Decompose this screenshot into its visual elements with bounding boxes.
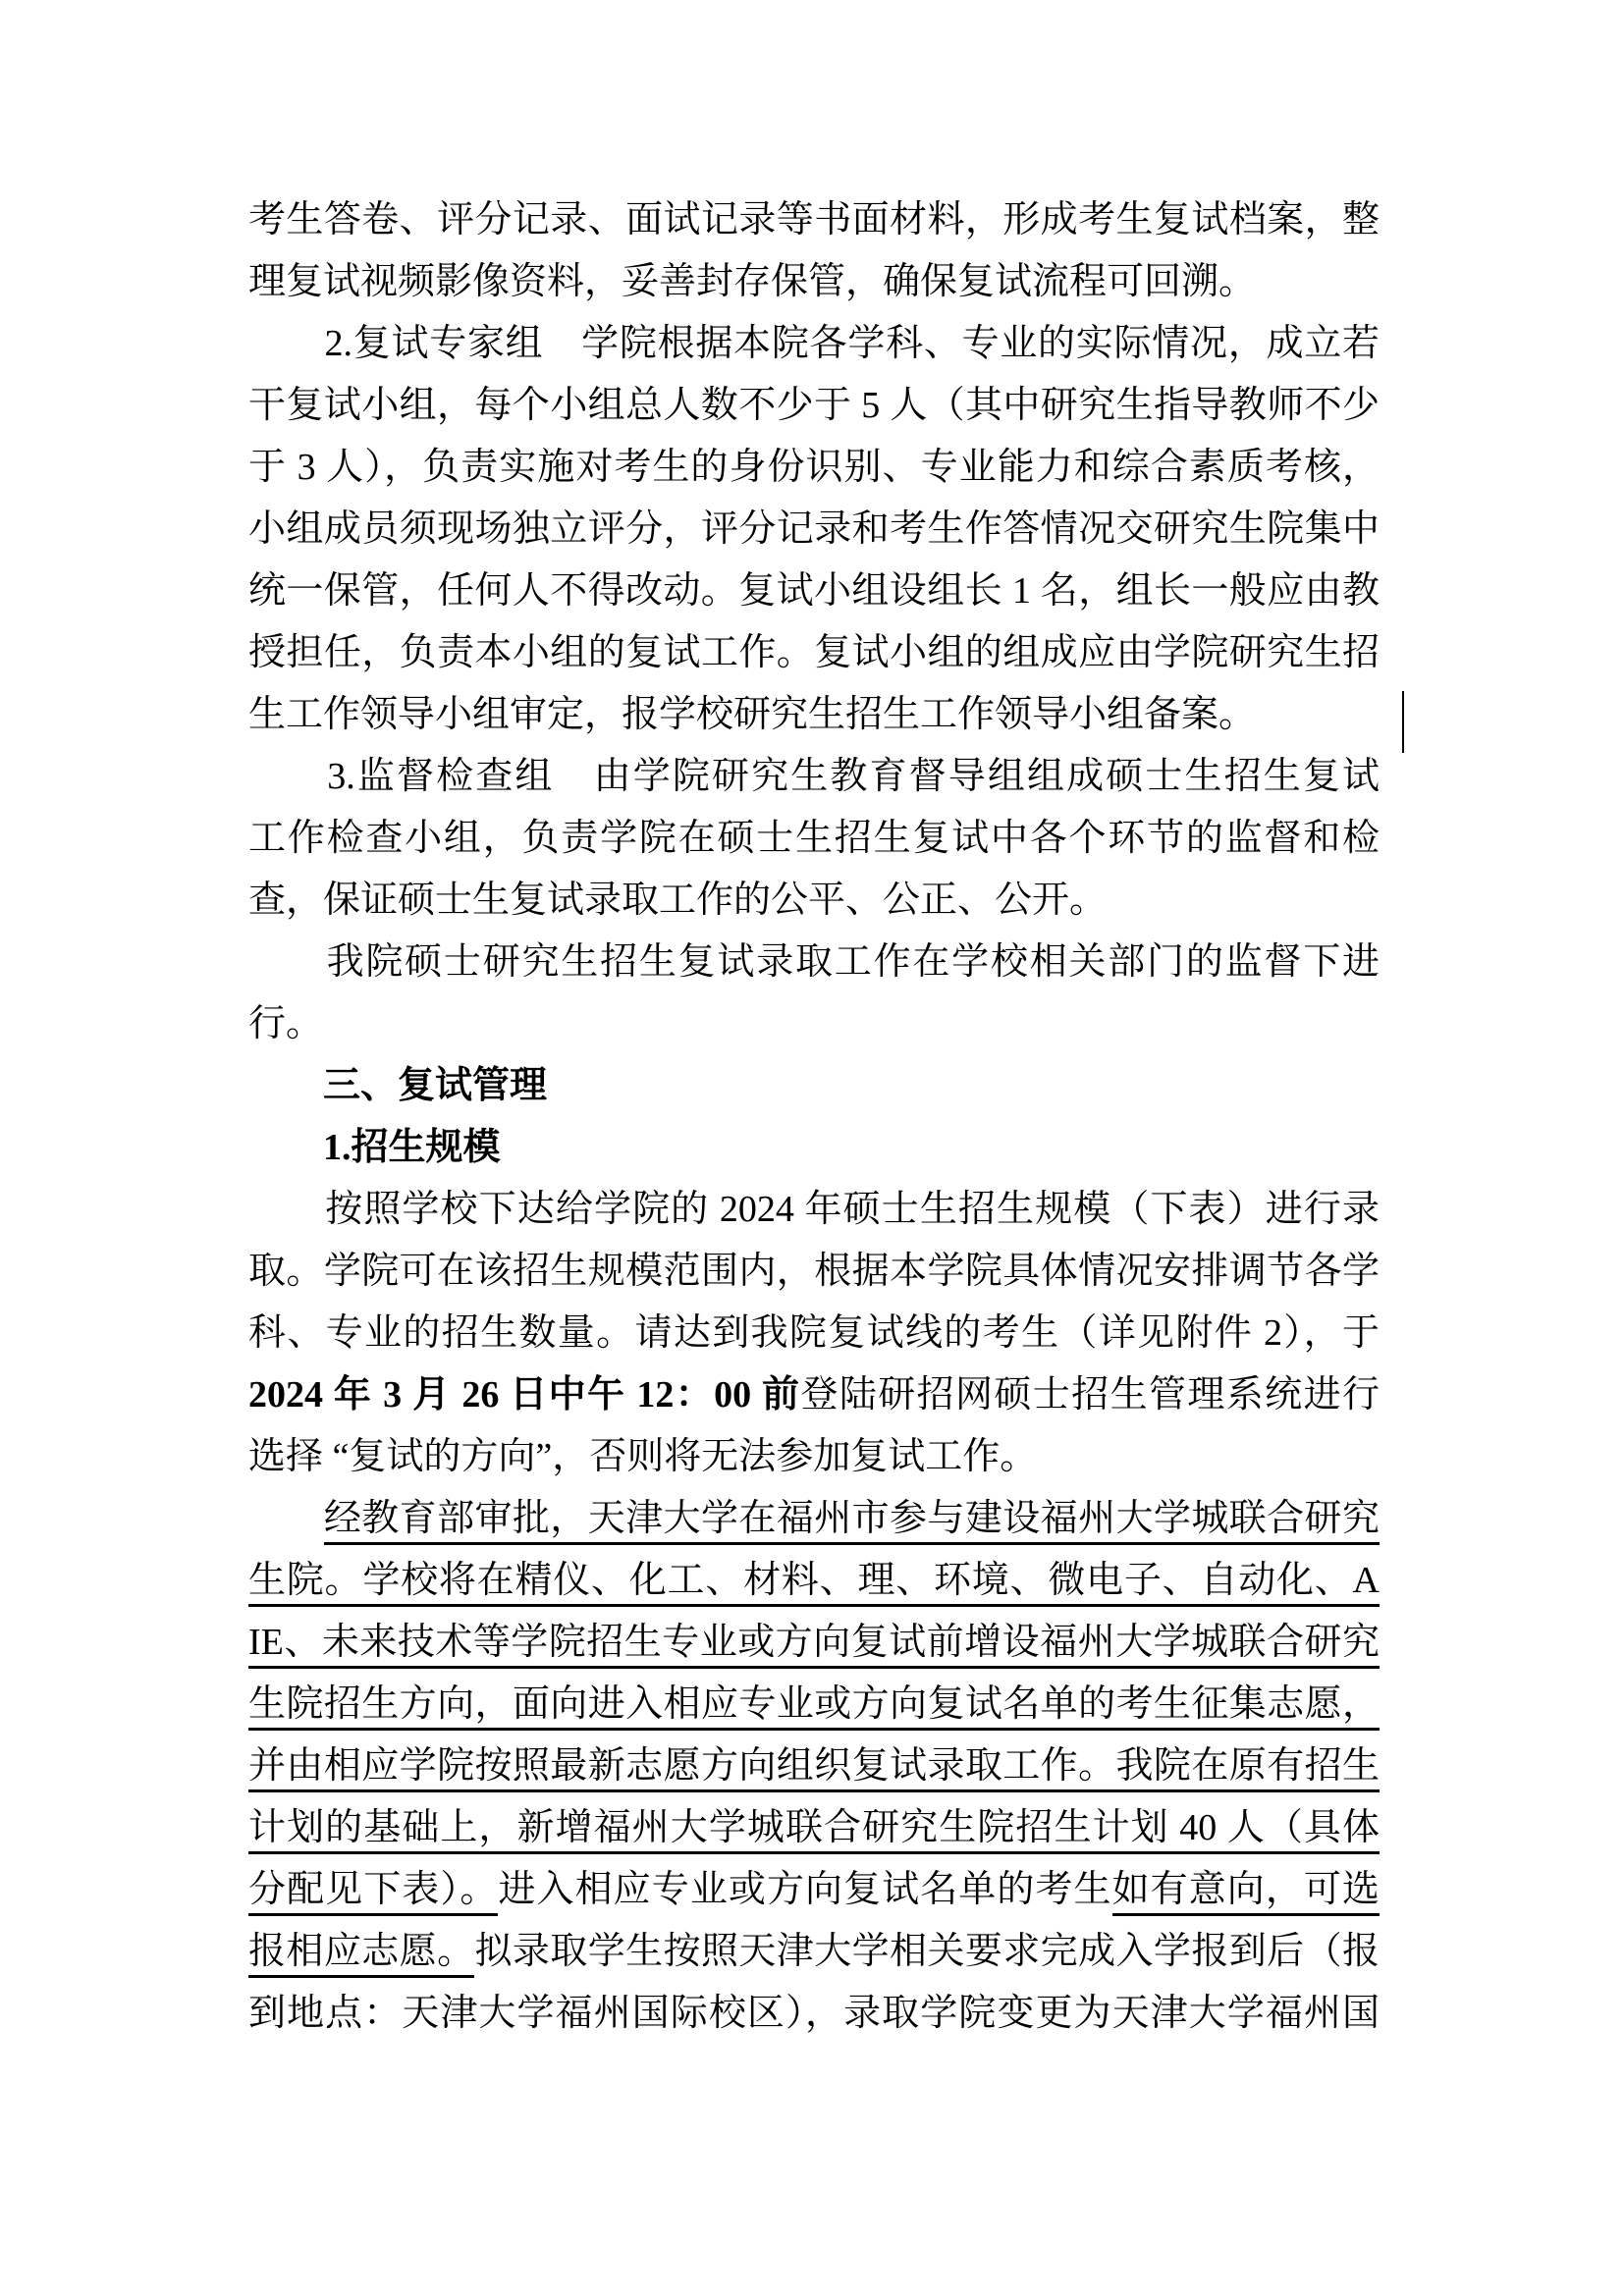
deadline-text-bold: 2024 年 3 月 26 日中午 12：00 前 [248,1374,800,1415]
text-line: 经教育部审批，天津大学在福州市参与建设福州大学城联合研究 [248,1488,1380,1550]
underlined-segment: 生院。学校将在精仪、化工、材料、理、环境、微电子、自动化、A [248,1560,1380,1607]
text-line: 生院。学校将在精仪、化工、材料、理、环境、微电子、自动化、A [248,1550,1380,1612]
text-segment: 统一保管，任何人不得改动。复试小组设组长 1 名，组长一般应由教 [248,570,1380,612]
underlined-segment: 报相应志愿。 [248,1931,474,1978]
section-heading: 三、复试管理 [248,1065,547,1106]
text-line: 统一保管，任何人不得改动。复试小组设组长 1 名，组长一般应由教 [248,561,1380,622]
text-segment: 考生答卷、评分记录、面试记录等书面材料，形成考生复试档案，整 [248,199,1380,240]
text-line: 工作检查小组，负责学院在硕士生招生复试中各个环节的监督和检 [248,808,1380,870]
underlined-segment: 并由相应学院按照最新志愿方向组织复试录取工作。我院在原有招生 [248,1745,1380,1792]
text-line: 分配见下表）。进入相应专业或方向复试名单的考生如有意向，可选 [248,1859,1380,1921]
text-line: 生院招生方向，面向进入相应专业或方向复试名单的考生征集志愿， [248,1674,1380,1735]
text-line: 小组成员须现场独立评分，评分记录和考生作答情况交研究生院集中 [248,499,1380,561]
text-line: 2.复试专家组 学院根据本院各学科、专业的实际情况，成立若 [248,313,1380,375]
text-line: 生工作领导小组审定，报学校研究生招生工作领导小组备案。 [248,684,1380,746]
text-line: 3.监督检查组 由学院研究生教育督导组组成硕士生招生复试 [248,746,1380,808]
text-line: 查，保证硕士生复试录取工作的公平、公正、公开。 [248,870,1380,932]
text-segment: 拟录取学生按照天津大学相关要求完成入学报到后（报 [474,1931,1380,1972]
margin-revision-bar-mark [1402,691,1404,753]
document-body: 考生答卷、评分记录、面试记录等书面材料，形成考生复试档案，整 理复试视频影像资料… [248,189,1380,2045]
text-line: 科、专业的招生数量。请达到我院复试线的考生（详见附件 2），于 [248,1303,1380,1364]
text-segment: 授担任，负责本小组的复试工作。复试小组的组成应由学院研究生招 [248,632,1380,673]
text-segment: 生工作领导小组审定，报学校研究生招生工作领导小组备案。 [248,694,1256,735]
text-line: 按照学校下达给学院的 2024 年硕士生招生规模（下表）进行录 [248,1179,1380,1241]
text-line: 并由相应学院按照最新志愿方向组织复试录取工作。我院在原有招生 [248,1735,1380,1797]
underlined-segment: 如有意向，可选 [1112,1869,1380,1916]
underlined-segment: 分配见下表）。 [248,1869,498,1916]
text-segment: 我院硕士研究生招生复试录取工作在学校相关部门的监督下进 [248,941,1380,983]
text-line: 于 3 人），负责实施对考生的身份识别、专业能力和综合素质考核， [248,437,1380,499]
document-page: 考生答卷、评分记录、面试记录等书面材料，形成考生复试档案，整 理复试视频影像资料… [0,0,1624,2296]
text-segment: 2.复试专家组 学院根据本院各学科、专业的实际情况，成立若 [248,323,1380,364]
text-segment: 科、专业的招生数量。请达到我院复试线的考生（详见附件 2），于 [248,1312,1380,1354]
text-line: 到地点：天津大学福州国际校区），录取学院变更为天津大学福州国 [248,1983,1380,2045]
underlined-segment: 经教育部审批，天津大学在福州市参与建设福州大学城联合研究 [324,1498,1380,1545]
text-segment: 登陆研招网硕士招生管理系统进行 [800,1374,1380,1415]
text-line: 计划的基础上，新增福州大学城联合研究生院招生计划 40 人（具体 [248,1797,1380,1859]
subsection-heading: 1.招生规模 [248,1127,501,1168]
text-line: 我院硕士研究生招生复试录取工作在学校相关部门的监督下进 [248,932,1380,993]
text-line: 考生答卷、评分记录、面试记录等书面材料，形成考生复试档案，整 [248,189,1380,251]
text-segment: 于 3 人），负责实施对考生的身份识别、专业能力和综合素质考核， [248,447,1380,488]
text-segment: 查，保证硕士生复试录取工作的公平、公正、公开。 [248,880,1107,921]
text-segment: 3.监督检查组 由学院研究生教育督导组组成硕士生招生复试 [248,756,1380,797]
text-segment: 进入相应专业或方向复试名单的考生 [498,1869,1111,1910]
text-segment: 到地点：天津大学福州国际校区），录取学院变更为天津大学福州国 [248,1993,1380,2034]
text-segment: 取。学院可在该招生规模范围内，根据本学院具体情况安排调节各学 [248,1251,1380,1292]
text-line: 授担任，负责本小组的复试工作。复试小组的组成应由学院研究生招 [248,622,1380,684]
underlined-segment: IE、未来技术等学院招生专业或方向复试前增设福州大学城联合研究 [248,1622,1380,1669]
text-line: 理复试视频影像资料，妥善封存保管，确保复试流程可回溯。 [248,251,1380,313]
section-heading-line: 三、复试管理 [248,1055,1380,1117]
text-segment: 理复试视频影像资料，妥善封存保管，确保复试流程可回溯。 [248,261,1256,302]
text-segment: 干复试小组，每个小组总人数不少于 5 人（其中研究生指导教师不少 [248,385,1380,426]
text-segment: 行。 [248,1003,323,1044]
text-segment: 选择 “复试的方向”，否则将无法参加复试工作。 [248,1436,1037,1477]
text-line: 2024 年 3 月 26 日中午 12：00 前登陆研招网硕士招生管理系统进行 [248,1364,1380,1426]
text-line: 报相应志愿。拟录取学生按照天津大学相关要求完成入学报到后（报 [248,1921,1380,1983]
text-segment: 工作检查小组，负责学院在硕士生招生复试中各个环节的监督和检 [248,818,1380,859]
text-line: 行。 [248,993,1380,1055]
subsection-heading-line: 1.招生规模 [248,1117,1380,1179]
text-segment: 按照学校下达给学院的 2024 年硕士生招生规模（下表）进行录 [248,1189,1380,1230]
text-segment: 小组成员须现场独立评分，评分记录和考生作答情况交研究生院集中 [248,508,1380,550]
text-line: 取。学院可在该招生规模范围内，根据本学院具体情况安排调节各学 [248,1241,1380,1303]
text-line: 选择 “复试的方向”，否则将无法参加复试工作。 [248,1426,1380,1488]
text-line: 干复试小组，每个小组总人数不少于 5 人（其中研究生指导教师不少 [248,375,1380,437]
indent-spaces [248,1498,324,1539]
text-line: IE、未来技术等学院招生专业或方向复试前增设福州大学城联合研究 [248,1612,1380,1674]
underlined-segment: 生院招生方向，面向进入相应专业或方向复试名单的考生征集志愿， [248,1683,1380,1731]
underlined-segment: 计划的基础上，新增福州大学城联合研究生院招生计划 40 人（具体 [248,1807,1380,1854]
